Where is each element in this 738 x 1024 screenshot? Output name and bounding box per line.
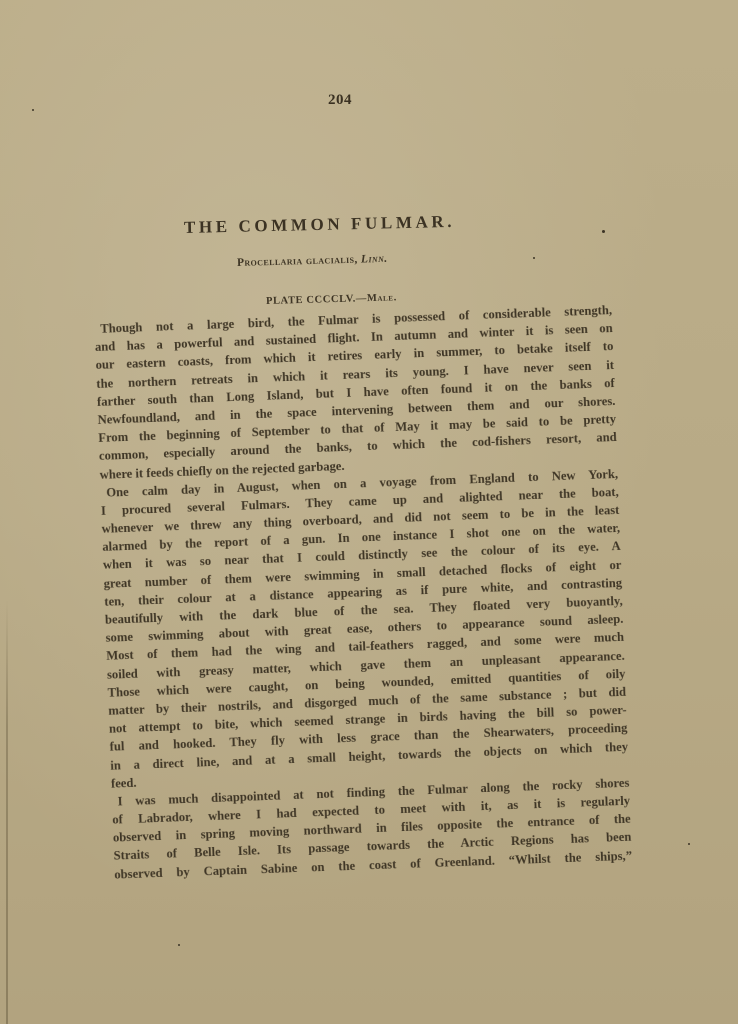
page-title: THE COMMON FULMAR. [184, 212, 456, 238]
body-text: Though not a large bird, the Fulmar is p… [94, 301, 632, 883]
species-name: Procellaria glacialis, Linn. [237, 253, 388, 269]
page-number: 204 [328, 92, 352, 109]
plate-caption: PLATE CCCCLV.—Male. [266, 292, 397, 307]
species-latin-name: Procellaria glacialis, [237, 254, 358, 269]
species-author: Linn. [361, 253, 388, 266]
page-content: 204 THE COMMON FULMAR. Procellaria glaci… [0, 0, 738, 1024]
book-page: 204 THE COMMON FULMAR. Procellaria glaci… [0, 0, 738, 1024]
